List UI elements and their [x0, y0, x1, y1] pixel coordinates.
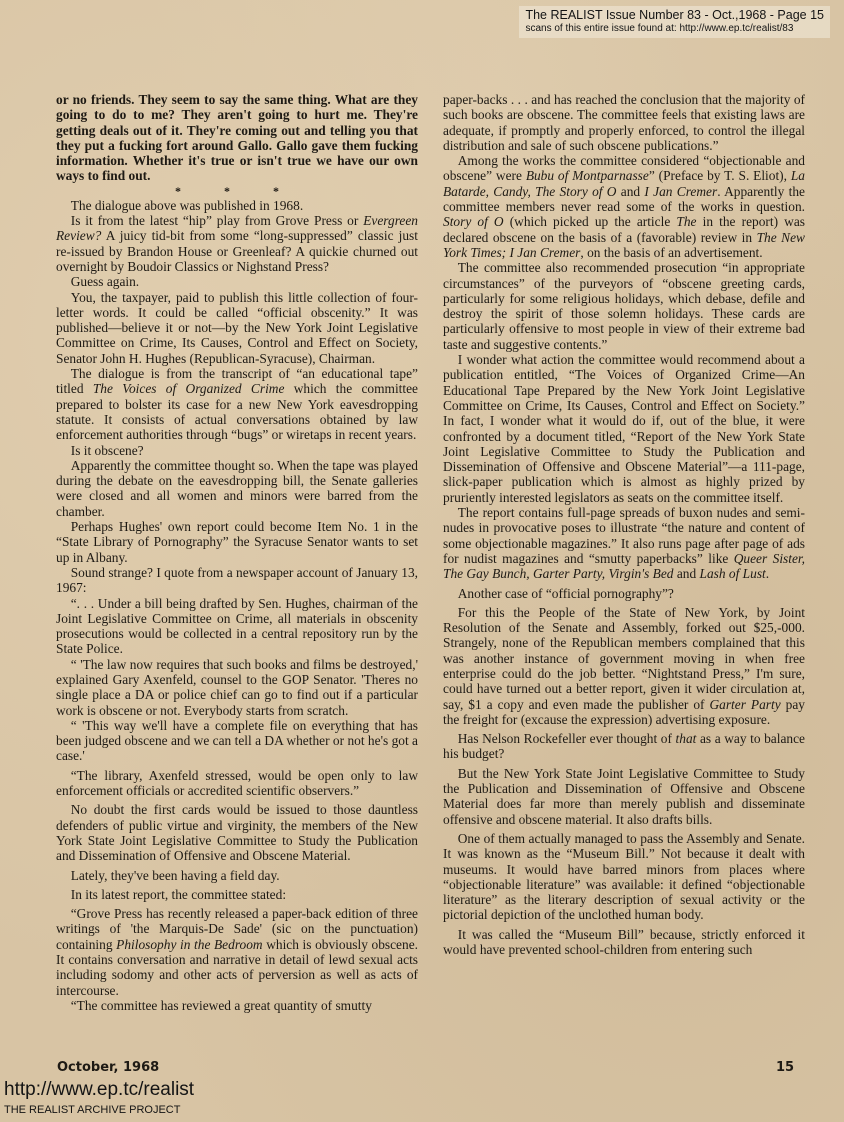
paragraph: I wonder what action the committee would… [443, 352, 805, 505]
archive-header-title: The REALIST Issue Number 83 - Oct.,1968 … [525, 8, 824, 23]
paragraph: The committee also recommended prosecuti… [443, 260, 805, 352]
archive-header-subtitle: scans of this entire issue found at: htt… [525, 23, 824, 35]
bold-quote: or no friends. They seem to say the same… [56, 92, 418, 184]
paragraph: One of them actually managed to pass the… [443, 831, 805, 923]
paragraph: Lately, they've been having a field day. [56, 868, 418, 883]
paragraph: No doubt the first cards would be issued… [56, 802, 418, 863]
paragraph: The dialogue above was published in 1968… [56, 198, 418, 213]
paragraph: “The committee has reviewed a great quan… [56, 998, 418, 1013]
footer-date: October, 1968 [57, 1060, 159, 1075]
paragraph: In its latest report, the committee stat… [56, 887, 418, 902]
paragraph: Another case of “official pornography”? [443, 586, 805, 601]
paragraph: “ 'The law now requires that such books … [56, 657, 418, 718]
paragraph: Is it from the latest “hip” play from Gr… [56, 213, 418, 274]
paragraph: Sound strange? I quote from a newspaper … [56, 565, 418, 596]
left-column: or no friends. They seem to say the same… [56, 92, 418, 1013]
paragraph: The dialogue is from the transcript of “… [56, 366, 418, 442]
paragraph: For this the People of the State of New … [443, 605, 805, 727]
archive-project-label: THE REALIST ARCHIVE PROJECT [4, 1104, 180, 1116]
paragraph: But the New York State Joint Legislative… [443, 766, 805, 827]
paragraph: “. . . Under a bill being drafted by Sen… [56, 596, 418, 657]
paragraph: Apparently the committee thought so. Whe… [56, 458, 418, 519]
right-column: paper-backs . . . and has reached the co… [443, 92, 805, 957]
paragraph: The report contains full-page spreads of… [443, 505, 805, 581]
paragraph: You, the taxpayer, paid to publish this … [56, 290, 418, 366]
paragraph: It was called the “Museum Bill” because,… [443, 927, 805, 958]
paragraph: Perhaps Hughes' own report could become … [56, 519, 418, 565]
paragraph: paper-backs . . . and has reached the co… [443, 92, 805, 153]
paragraph: Guess again. [56, 274, 418, 289]
archive-url-link[interactable]: http://www.ep.tc/realist [4, 1079, 194, 1101]
paragraph: “Grove Press has recently released a pap… [56, 906, 418, 998]
paragraph: Has Nelson Rockefeller ever thought of t… [443, 731, 805, 762]
paragraph: Is it obscene? [56, 443, 418, 458]
page-number: 15 [776, 1060, 794, 1075]
paragraph: “ 'This way we'll have a complete file o… [56, 718, 418, 764]
section-separator: * * * [56, 184, 418, 198]
archive-header: The REALIST Issue Number 83 - Oct.,1968 … [519, 6, 830, 38]
paragraph: Among the works the committee considered… [443, 153, 805, 260]
paragraph: “The library, Axenfeld stressed, would b… [56, 768, 418, 799]
